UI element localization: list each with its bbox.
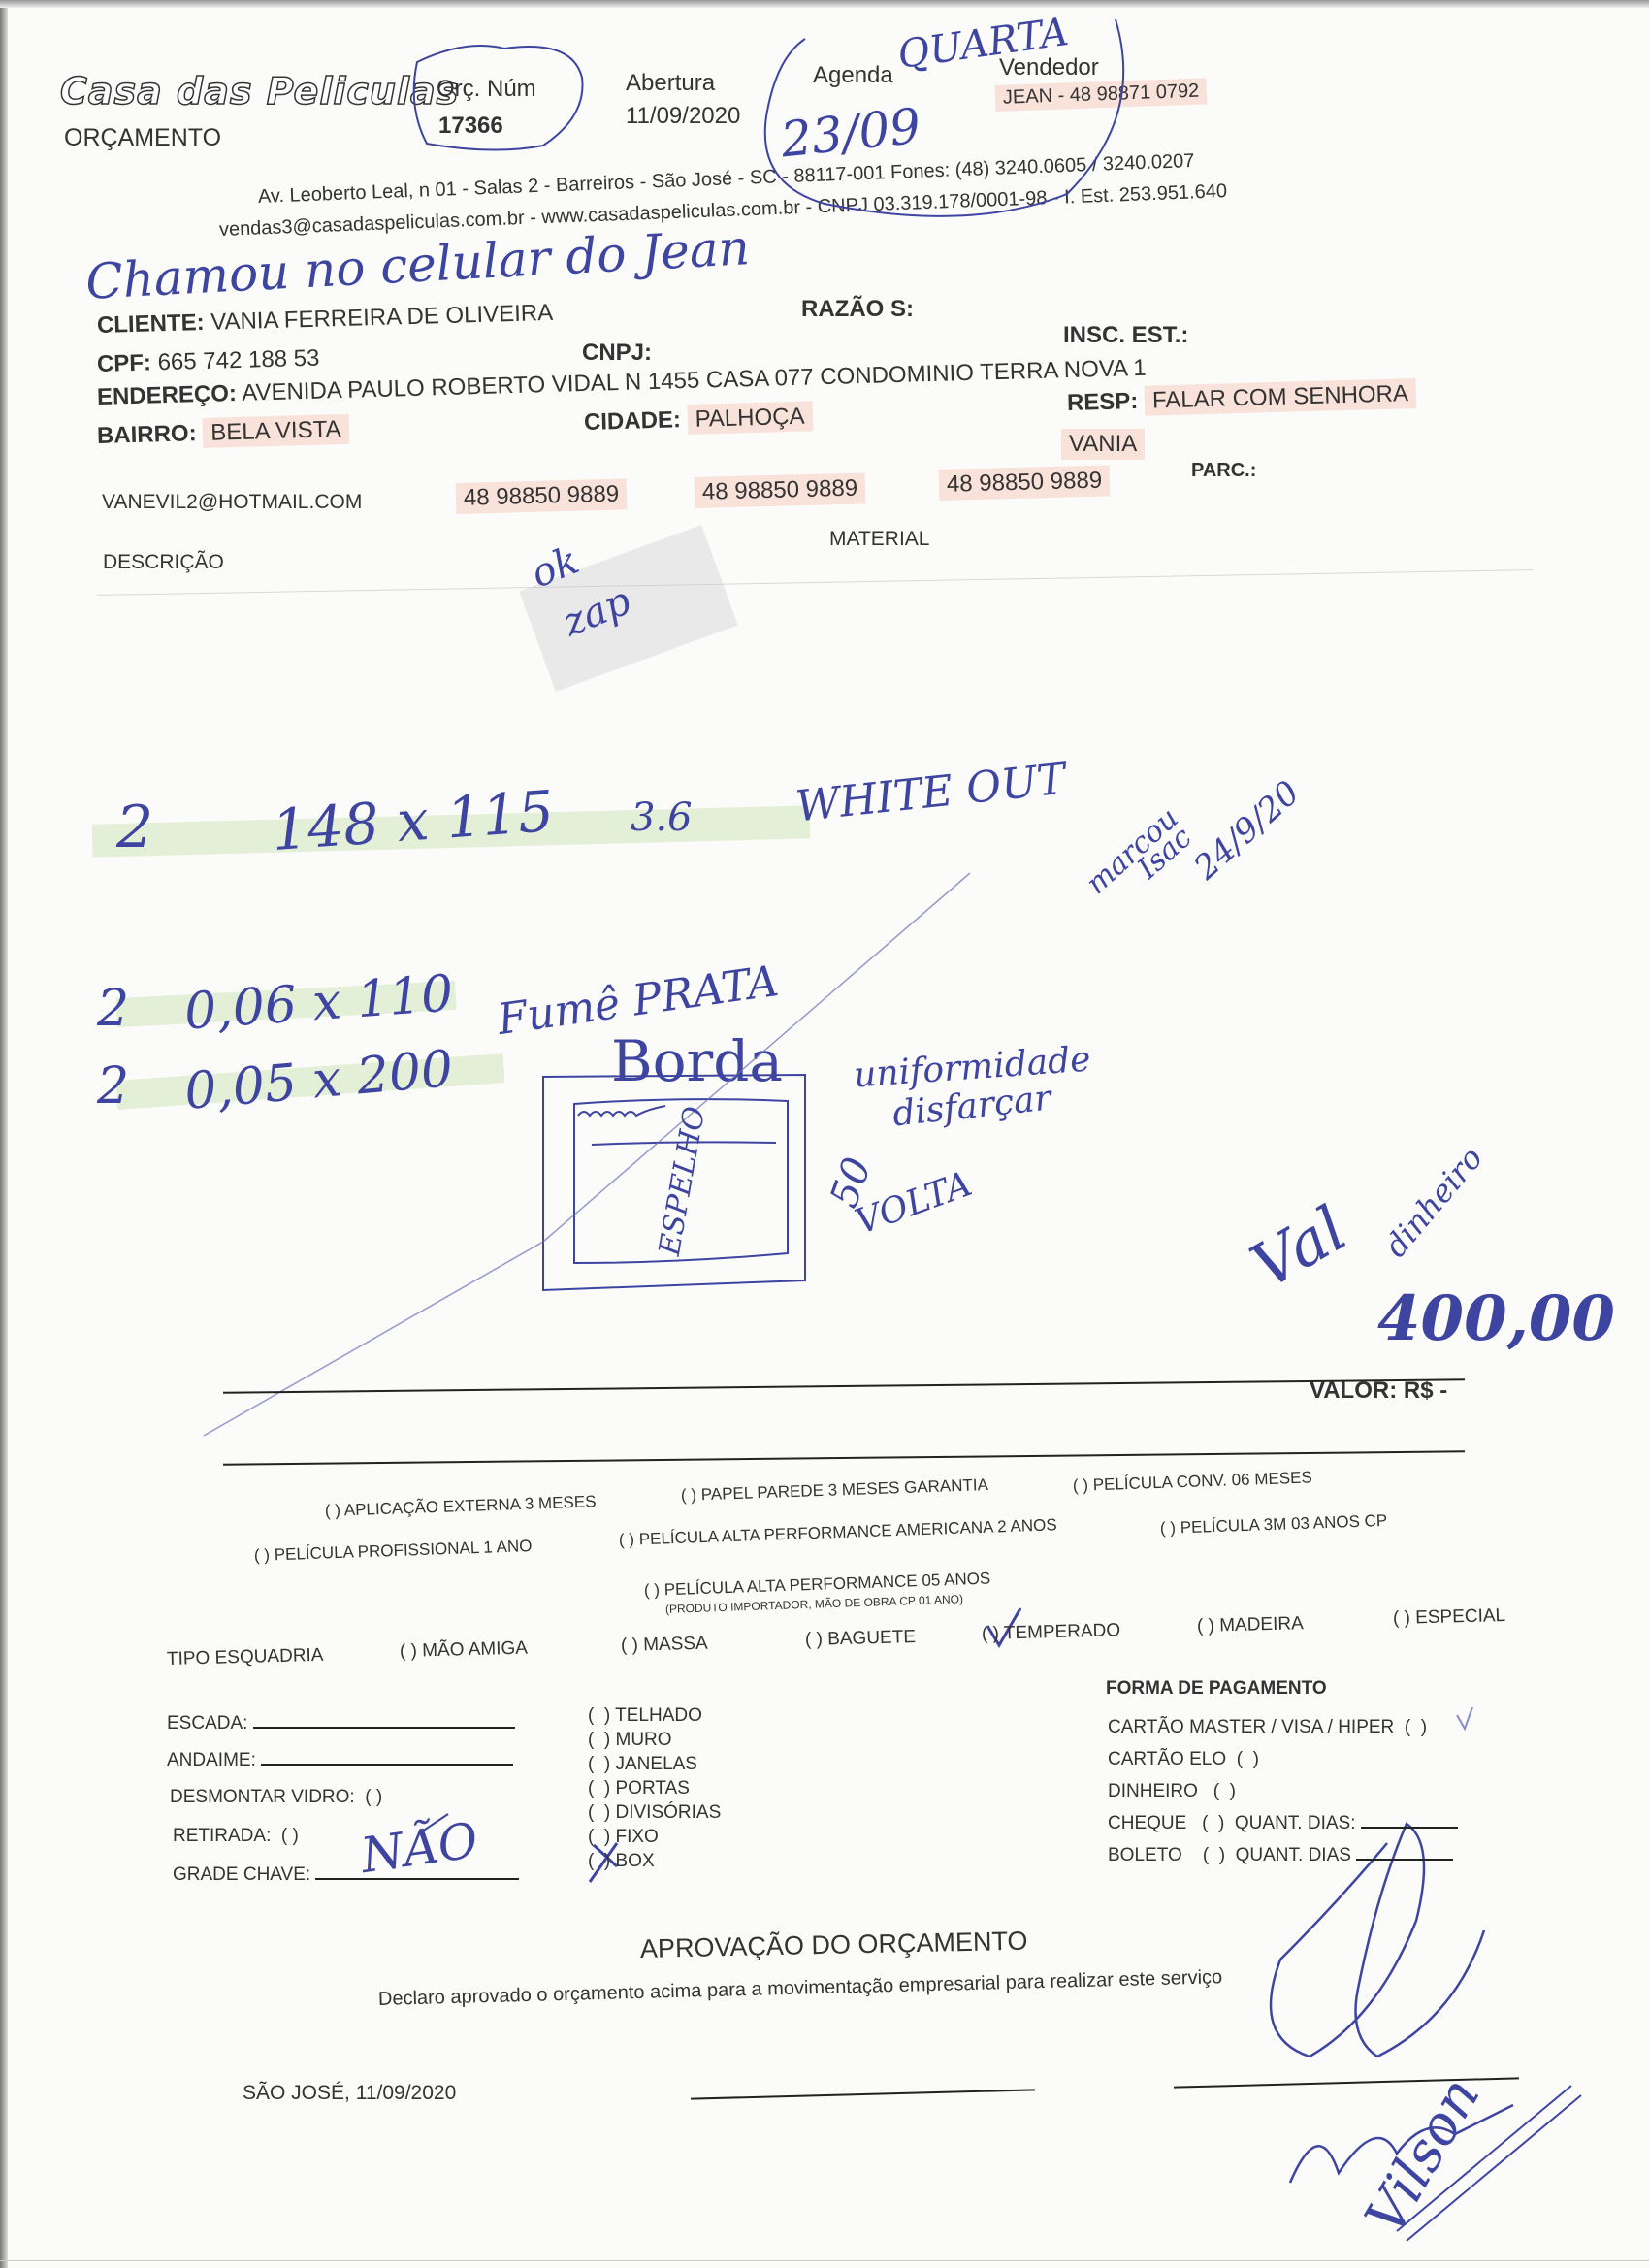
bairro-value: BELA VISTA [203, 414, 349, 448]
item3-size: 0,05 x 200 [182, 1040, 456, 1121]
abertura-date: 11/09/2020 [626, 103, 740, 130]
esquadria-option-label: ESPECIAL [1415, 1605, 1505, 1628]
payment-option[interactable]: CARTÃO ELO ( ) [1108, 1743, 1458, 1775]
signature: Vilson [1353, 2067, 1492, 2245]
approval-statement: Declaro aprovado o orçamento acima para … [378, 1966, 1223, 2011]
service-option[interactable]: ( ) PELÍCULA PROFISSIONAL 1 ANO [254, 1537, 533, 1566]
item1-qty: 2 [116, 794, 153, 861]
resp-label: RESP: [1067, 388, 1139, 416]
payment-label: DINHEIRO [1108, 1781, 1198, 1801]
bairro-label: BAIRRO: [97, 420, 197, 449]
sketch-label: ESPELHO [653, 1104, 712, 1258]
valor-handwritten: 400,00 [1377, 1282, 1615, 1355]
location-list: ( ) TELHADO ( ) MURO ( ) JANELAS ( ) POR… [588, 1703, 721, 1873]
retirada-field[interactable]: RETIRADA: ( ) [173, 1826, 299, 1847]
location-option[interactable]: ( ) DIVISÓRIAS [588, 1800, 721, 1825]
payment-label: CARTÃO ELO [1108, 1749, 1226, 1769]
location-option[interactable]: ( ) BOX [588, 1849, 721, 1873]
divider [97, 569, 1533, 596]
valor-note-2: dinheiro [1377, 1140, 1490, 1264]
valor-rule [223, 1378, 1465, 1393]
page-bottom-edge [0, 2260, 1649, 2261]
payment-options: CARTÃO MASTER / VISA / HIPER ( ) CARTÃO … [1108, 1711, 1458, 1871]
cpf-row: CPF: 665 742 188 53 [97, 345, 320, 378]
borda-note: Borda [611, 1028, 783, 1094]
esquadria-option[interactable]: ( ) MASSA [621, 1634, 708, 1657]
service-label: PAPEL PAREDE 3 MESES GARANTIA [700, 1475, 988, 1504]
retirada-label: RETIRADA: [173, 1826, 271, 1846]
desmontar-label: DESMONTAR VIDRO: [170, 1787, 355, 1807]
andaime-field[interactable]: ANDAIME: [167, 1750, 513, 1771]
payment-label: CARTÃO MASTER / VISA / HIPER [1108, 1717, 1394, 1737]
descricao-header: DESCRIÇÃO [103, 551, 224, 574]
item2-qty: 2 [97, 980, 129, 1038]
place-date: SÃO JOSÉ, 11/09/2020 [242, 2082, 456, 2105]
payment-option[interactable]: CHEQUE ( ) QUANT. DIAS: [1108, 1807, 1458, 1839]
abertura-label: Abertura [626, 70, 715, 97]
payment-option[interactable]: BOLETO ( ) QUANT. DIAS [1108, 1839, 1458, 1871]
cidade-row: CIDADE: PALHOÇA [584, 403, 813, 437]
payment-option[interactable]: DINHEIRO ( ) [1108, 1775, 1458, 1807]
payment-label: BOLETO [1108, 1845, 1182, 1865]
payment-extra: QUANT. DIAS: [1235, 1813, 1356, 1833]
client-name-label: CLIENTE: [97, 309, 205, 339]
esquadria-option[interactable]: ( ) BAGUETE [805, 1627, 917, 1651]
escada-label: ESCADA: [167, 1713, 247, 1733]
material-header: MATERIAL [829, 528, 929, 551]
location-label: DIVISÓRIAS [616, 1802, 722, 1823]
orc-number: 17366 [438, 113, 503, 140]
sketch-drawing [0, 0, 1649, 2268]
vendedor-label: Vendedor [999, 54, 1099, 81]
document-type: ORÇAMENTO [64, 124, 221, 152]
client-phone-2: 48 98850 9889 [695, 472, 866, 508]
location-option[interactable]: ( ) JANELAS [588, 1752, 721, 1776]
client-phone-3: 48 98850 9889 [939, 465, 1111, 501]
cpf-value: 665 742 188 53 [157, 345, 320, 376]
address-value: AVENIDA PAULO ROBERTO VIDAL N 1455 CASA … [242, 355, 1147, 406]
item1-thickness: 3.6 [630, 795, 693, 840]
location-option[interactable]: ( ) MURO [588, 1728, 721, 1752]
agenda-handwritten-date: 23/09 [778, 98, 922, 169]
location-option[interactable]: ( ) TELHADO [588, 1703, 721, 1728]
grade-chave-label: GRADE CHAVE: [173, 1864, 310, 1885]
scan-edge [0, 0, 1649, 8]
service-label: PELÍCULA CONV. 06 MESES [1092, 1468, 1312, 1494]
location-option-checked[interactable]: ( ) FIXO [588, 1825, 721, 1849]
service-label: PELÍCULA ALTA PERFORMANCE AMERICANA 2 AN… [638, 1515, 1057, 1548]
cnpj-label: CNPJ: [582, 340, 652, 367]
item1-material: WHITE OUT [793, 755, 1068, 832]
desmontar-field[interactable]: DESMONTAR VIDRO: ( ) [170, 1787, 382, 1808]
scan-edge [0, 0, 8, 2268]
service-option[interactable]: ( ) PELÍCULA CONV. 06 MESES [1073, 1468, 1312, 1496]
side-note-date: 24/9/20 [1186, 773, 1307, 887]
resp-value-line2: VANIA [1061, 429, 1145, 460]
andaime-label: ANDAIME: [167, 1750, 256, 1770]
item3-qty: 2 [97, 1057, 129, 1116]
payment-label: CHEQUE [1108, 1813, 1186, 1833]
location-label: BOX [616, 1851, 655, 1871]
esquadria-option-label: MADEIRA [1219, 1613, 1304, 1636]
service-option[interactable]: ( ) PAPEL PAREDE 3 MESES GARANTIA [681, 1475, 989, 1506]
cidade-value: PALHOÇA [687, 401, 813, 435]
location-label: JANELAS [616, 1754, 697, 1774]
esquadria-option-label: BAGUETE [827, 1627, 916, 1649]
esquadria-option-label: MASSA [643, 1634, 708, 1656]
location-label: PORTAS [616, 1778, 690, 1798]
payment-extra: QUANT. DIAS [1236, 1845, 1351, 1865]
service-label: APLICAÇÃO EXTERNA 3 MESES [343, 1492, 596, 1519]
cidade-label: CIDADE: [584, 406, 682, 436]
valor-note: Val [1240, 1193, 1359, 1304]
esquadria-label: TIPO ESQUADRIA [167, 1645, 324, 1670]
location-label: MURO [616, 1730, 672, 1750]
esquadria-option[interactable]: ( ) MÃO AMIGA [400, 1638, 528, 1663]
signature-line-client[interactable] [691, 2089, 1035, 2099]
service-label: PELÍCULA PROFISSIONAL 1 ANO [274, 1537, 532, 1564]
insc-est-label: INSC. EST.: [1063, 322, 1188, 349]
location-label: TELHADO [615, 1705, 702, 1726]
approval-title: APROVAÇÃO DO ORÇAMENTO [640, 1927, 1028, 1964]
valor-rule [223, 1450, 1465, 1465]
esquadria-option-label: MÃO AMIGA [422, 1638, 528, 1662]
client-phone-1: 48 98850 9889 [456, 478, 628, 514]
payment-option-checked[interactable]: CARTÃO MASTER / VISA / HIPER ( ) [1108, 1711, 1458, 1743]
cpf-label: CPF: [97, 349, 152, 377]
vendedor-value: JEAN - 48 98871 0792 [995, 78, 1208, 112]
client-name-value: VANIA FERREIRA DE OLIVEIRA [210, 300, 554, 336]
service-option[interactable]: ( ) PELÍCULA 3M 03 ANOS CP [1160, 1511, 1388, 1539]
location-label: FIXO [616, 1827, 659, 1847]
item1-size: 148 x 115 [270, 778, 556, 863]
payment-title: FORMA DE PAGAMENTO [1106, 1678, 1327, 1700]
location-option[interactable]: ( ) PORTAS [588, 1776, 721, 1800]
esquadria-option-checked[interactable]: ( ) TEMPERADO [982, 1620, 1121, 1645]
bairro-row: BAIRRO: BELA VISTA [97, 416, 349, 450]
service-option[interactable]: ( ) APLICAÇÃO EXTERNA 3 MESES [325, 1492, 597, 1521]
orc-number-label: Orç. Núm [436, 76, 536, 103]
address-label: ENDEREÇO: [97, 380, 238, 410]
escada-field[interactable]: ESCADA: [167, 1713, 515, 1734]
service-option[interactable]: ( ) PELÍCULA ALTA PERFORMANCE AMERICANA … [619, 1515, 1057, 1550]
item2-size: 0,06 x 110 [182, 964, 455, 1041]
service-label: PELÍCULA 3M 03 ANOS CP [1180, 1511, 1387, 1537]
client-email: VANEVIL2@HOTMAIL.COM [102, 491, 362, 514]
brand-logo: Casa das Peliculas [60, 70, 459, 113]
razao-social-label: RAZÃO S: [801, 296, 914, 323]
esquadria-option-label: TEMPERADO [1004, 1620, 1121, 1643]
esquadria-option[interactable]: ( ) ESPECIAL [1393, 1605, 1506, 1630]
parc-label: PARC.: [1191, 460, 1256, 482]
valor-label: VALOR: R$ - [1309, 1377, 1447, 1405]
esquadria-option[interactable]: ( ) MADEIRA [1197, 1613, 1304, 1637]
agenda-label: Agenda [813, 62, 893, 89]
resp-value: FALAR COM SENHORA [1145, 378, 1417, 416]
resp-row: RESP: FALAR COM SENHORA [1067, 380, 1417, 417]
